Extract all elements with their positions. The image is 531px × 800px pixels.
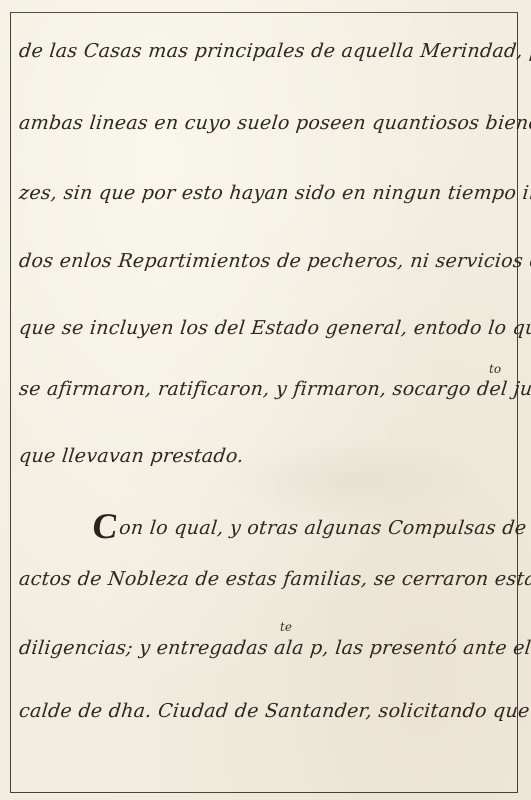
text-line-2: ambas lineas en cuyo suelo poseen quanti… [18,112,515,134]
text-line-5: que se incluyen los del Estado general, … [18,317,515,339]
text-line-6: se afirmaron, ratificaron, y firmaron, s… [18,378,515,400]
text-line-3: zes, sin que por esto hayan sido en ning… [18,182,515,204]
text-line-11: calde de dha. Ciudad de Santander, solic… [18,700,515,722]
text-line-9: actos de Nobleza de estas familias, se c… [18,568,515,590]
text-line-8: on lo qual, y otras algunas Compulsas de [118,517,527,539]
text-line-4: dos enlos Repartimientos de pecheros, ni… [18,250,515,272]
text-line-7: que llevavan prestado. [18,445,515,467]
text-line-10: diligencias; y entregadas ala p, las pre… [18,637,515,659]
superscript-parte: te [280,620,292,634]
decorated-initial: C [90,506,121,546]
superscript-juramento: to [489,362,501,376]
manuscript-page: de las Casas mas principales de aquella … [0,0,531,800]
text-line-1: de las Casas mas principales de aquella … [18,40,515,62]
paragraph-start-line: Con lo qual, y otras algunas Compulsas d… [90,505,517,547]
